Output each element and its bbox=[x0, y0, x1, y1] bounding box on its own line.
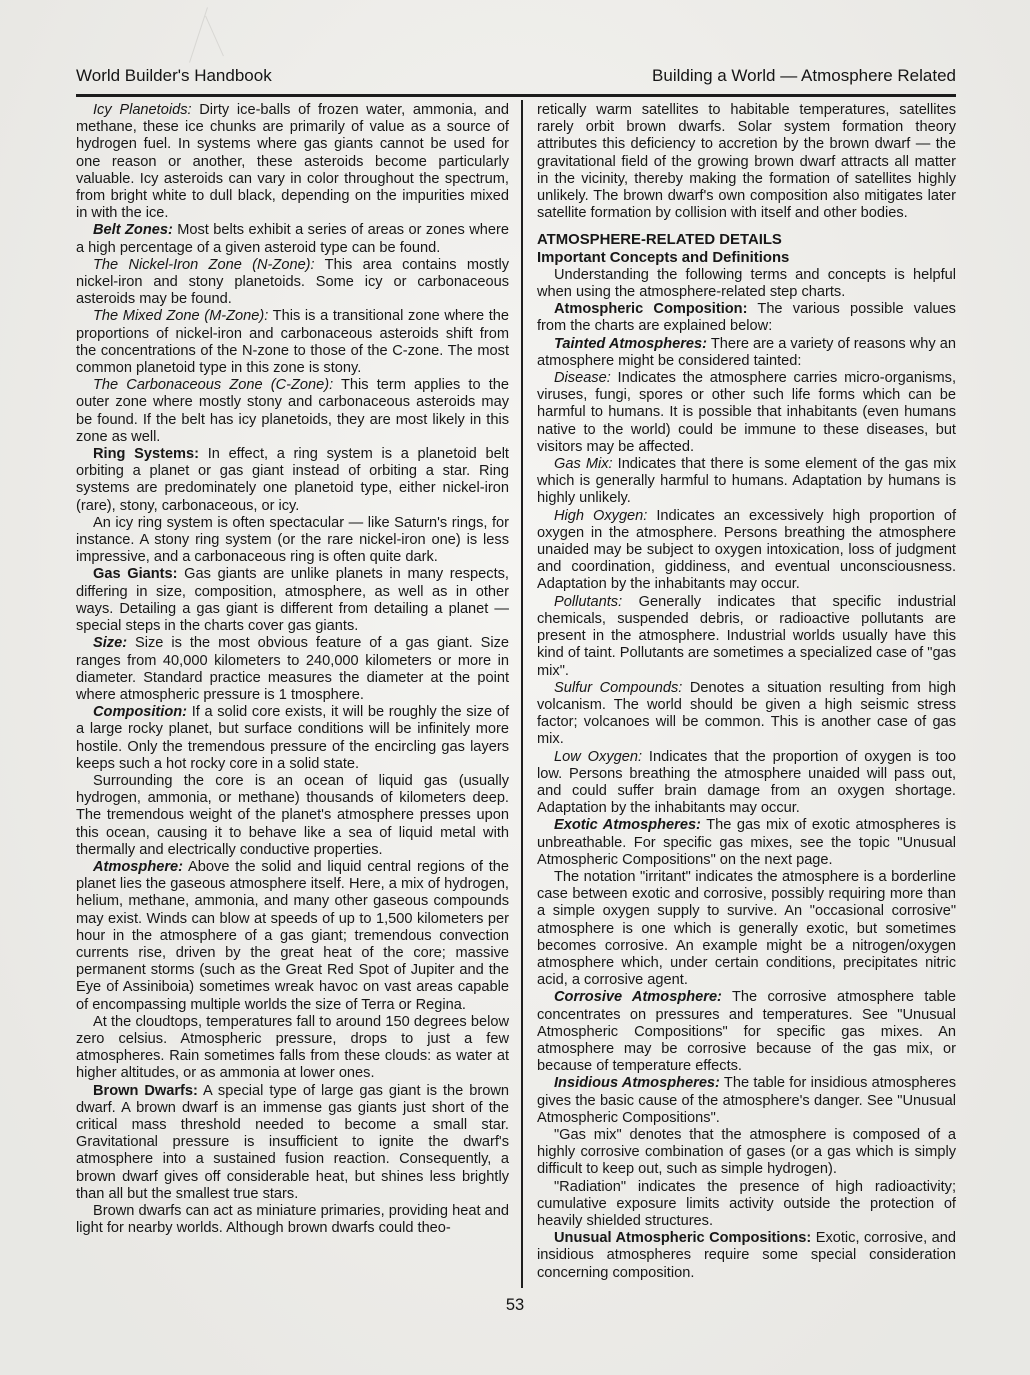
paragraph: Unusual Atmospheric Compositions: Exotic… bbox=[537, 1230, 956, 1282]
paragraph: "Radiation" indicates the presence of hi… bbox=[537, 1179, 956, 1231]
paragraph: Ring Systems: In effect, a ring system i… bbox=[76, 446, 509, 515]
paragraph-lead: Tainted Atmospheres: bbox=[554, 336, 707, 352]
paragraph-lead: Gas Mix: bbox=[554, 456, 613, 472]
paragraph: Insidious Atmospheres: The table for ins… bbox=[537, 1075, 956, 1127]
right-column: retically warm satellites to habitable t… bbox=[537, 102, 956, 1282]
paragraph-lead: Icy Planetoids: bbox=[93, 102, 192, 118]
paragraph-lead: Sulfur Compounds: bbox=[554, 680, 682, 696]
paragraph: The notation "irritant" indicates the at… bbox=[537, 869, 956, 989]
paragraph-lead: Belt Zones: bbox=[93, 222, 173, 238]
paragraph: Belt Zones: Most belts exhibit a series … bbox=[76, 222, 509, 256]
paragraph: Surrounding the core is an ocean of liqu… bbox=[76, 773, 509, 859]
paragraph: Brown Dwarfs: A special type of large ga… bbox=[76, 1083, 509, 1203]
paragraph-lead: Composition: bbox=[93, 704, 187, 720]
paragraph: Low Oxygen: Indicates that the proportio… bbox=[537, 749, 956, 818]
paragraph: The Nickel-Iron Zone (N-Zone): This area… bbox=[76, 257, 509, 309]
paragraph: Exotic Atmospheres: The gas mix of exoti… bbox=[537, 817, 956, 869]
section-heading: ATMOSPHERE-RELATED DETAILS bbox=[537, 232, 956, 249]
scanned-book-page: World Builder's Handbook Building a Worl… bbox=[0, 0, 1030, 1375]
paragraph-lead: Insidious Atmospheres: bbox=[554, 1075, 720, 1091]
paragraph-lead: The Carbonaceous Zone (C-Zone): bbox=[93, 377, 333, 393]
paragraph: An icy ring system is often spectacular … bbox=[76, 515, 509, 567]
paragraph: Icy Planetoids: Dirty ice-balls of froze… bbox=[76, 102, 509, 222]
paragraph: The Mixed Zone (M-Zone): This is a trans… bbox=[76, 308, 509, 377]
scan-scratch-mark bbox=[205, 16, 224, 57]
paragraph: The Carbonaceous Zone (C-Zone): This ter… bbox=[76, 377, 509, 446]
paragraph: Gas Giants: Gas giants are unlike planet… bbox=[76, 566, 509, 635]
paragraph: "Gas mix" denotes that the atmosphere is… bbox=[537, 1127, 956, 1179]
section-heading: Important Concepts and Definitions bbox=[537, 250, 956, 267]
paragraph: Brown dwarfs can act as miniature primar… bbox=[76, 1203, 509, 1237]
paragraph-lead: Low Oxygen: bbox=[554, 749, 642, 765]
paragraph: Pollutants: Generally indicates that spe… bbox=[537, 594, 956, 680]
paragraph-lead: Atmospheric Composition: bbox=[554, 301, 747, 317]
paragraph-lead: High Oxygen: bbox=[554, 508, 647, 524]
paragraph: Size: Size is the most obvious feature o… bbox=[76, 635, 509, 704]
header-rule bbox=[76, 94, 956, 97]
page-header: World Builder's Handbook Building a Worl… bbox=[76, 66, 956, 86]
paragraph: Understanding the following terms and co… bbox=[537, 267, 956, 301]
paragraph-lead: Pollutants: bbox=[554, 594, 622, 610]
book-title: World Builder's Handbook bbox=[76, 66, 272, 86]
paragraph-lead: Size: bbox=[93, 635, 127, 651]
paragraph-lead: Brown Dwarfs: bbox=[93, 1083, 198, 1099]
paragraph-lead: Disease: bbox=[554, 370, 611, 386]
paragraph-lead: Corrosive Atmosphere: bbox=[554, 989, 722, 1005]
paragraph: Atmospheric Composition: The various pos… bbox=[537, 301, 956, 335]
paragraph: Gas Mix: Indicates that there is some el… bbox=[537, 456, 956, 508]
paragraph-lead: Atmosphere: bbox=[93, 859, 183, 875]
left-column: Icy Planetoids: Dirty ice-balls of froze… bbox=[76, 102, 509, 1237]
paragraph: Disease: Indicates the atmosphere carrie… bbox=[537, 370, 956, 456]
column-divider bbox=[521, 100, 523, 1288]
paragraph-lead: Exotic Atmospheres: bbox=[554, 817, 701, 833]
paragraph: At the cloudtops, temperatures fall to a… bbox=[76, 1014, 509, 1083]
paragraph-lead: The Nickel-Iron Zone (N-Zone): bbox=[93, 257, 315, 273]
paragraph-lead: Ring Systems: bbox=[93, 446, 199, 462]
paragraph: Atmosphere: Above the solid and liquid c… bbox=[76, 859, 509, 1014]
chapter-title: Building a World — Atmosphere Related bbox=[652, 66, 956, 86]
paragraph: Corrosive Atmosphere: The corrosive atmo… bbox=[537, 989, 956, 1075]
paragraph-lead: The Mixed Zone (M-Zone): bbox=[93, 308, 268, 324]
paragraph-lead: Gas Giants: bbox=[93, 566, 178, 582]
paragraph: Sulfur Compounds: Denotes a situation re… bbox=[537, 680, 956, 749]
page-number: 53 bbox=[0, 1296, 1030, 1315]
paragraph: retically warm satellites to habitable t… bbox=[537, 102, 956, 222]
paragraph-lead: Unusual Atmospheric Compositions: bbox=[554, 1230, 811, 1246]
paragraph: High Oxygen: Indicates an excessively hi… bbox=[537, 508, 956, 594]
paragraph: Composition: If a solid core exists, it … bbox=[76, 704, 509, 773]
paragraph: Tainted Atmospheres: There are a variety… bbox=[537, 336, 956, 370]
